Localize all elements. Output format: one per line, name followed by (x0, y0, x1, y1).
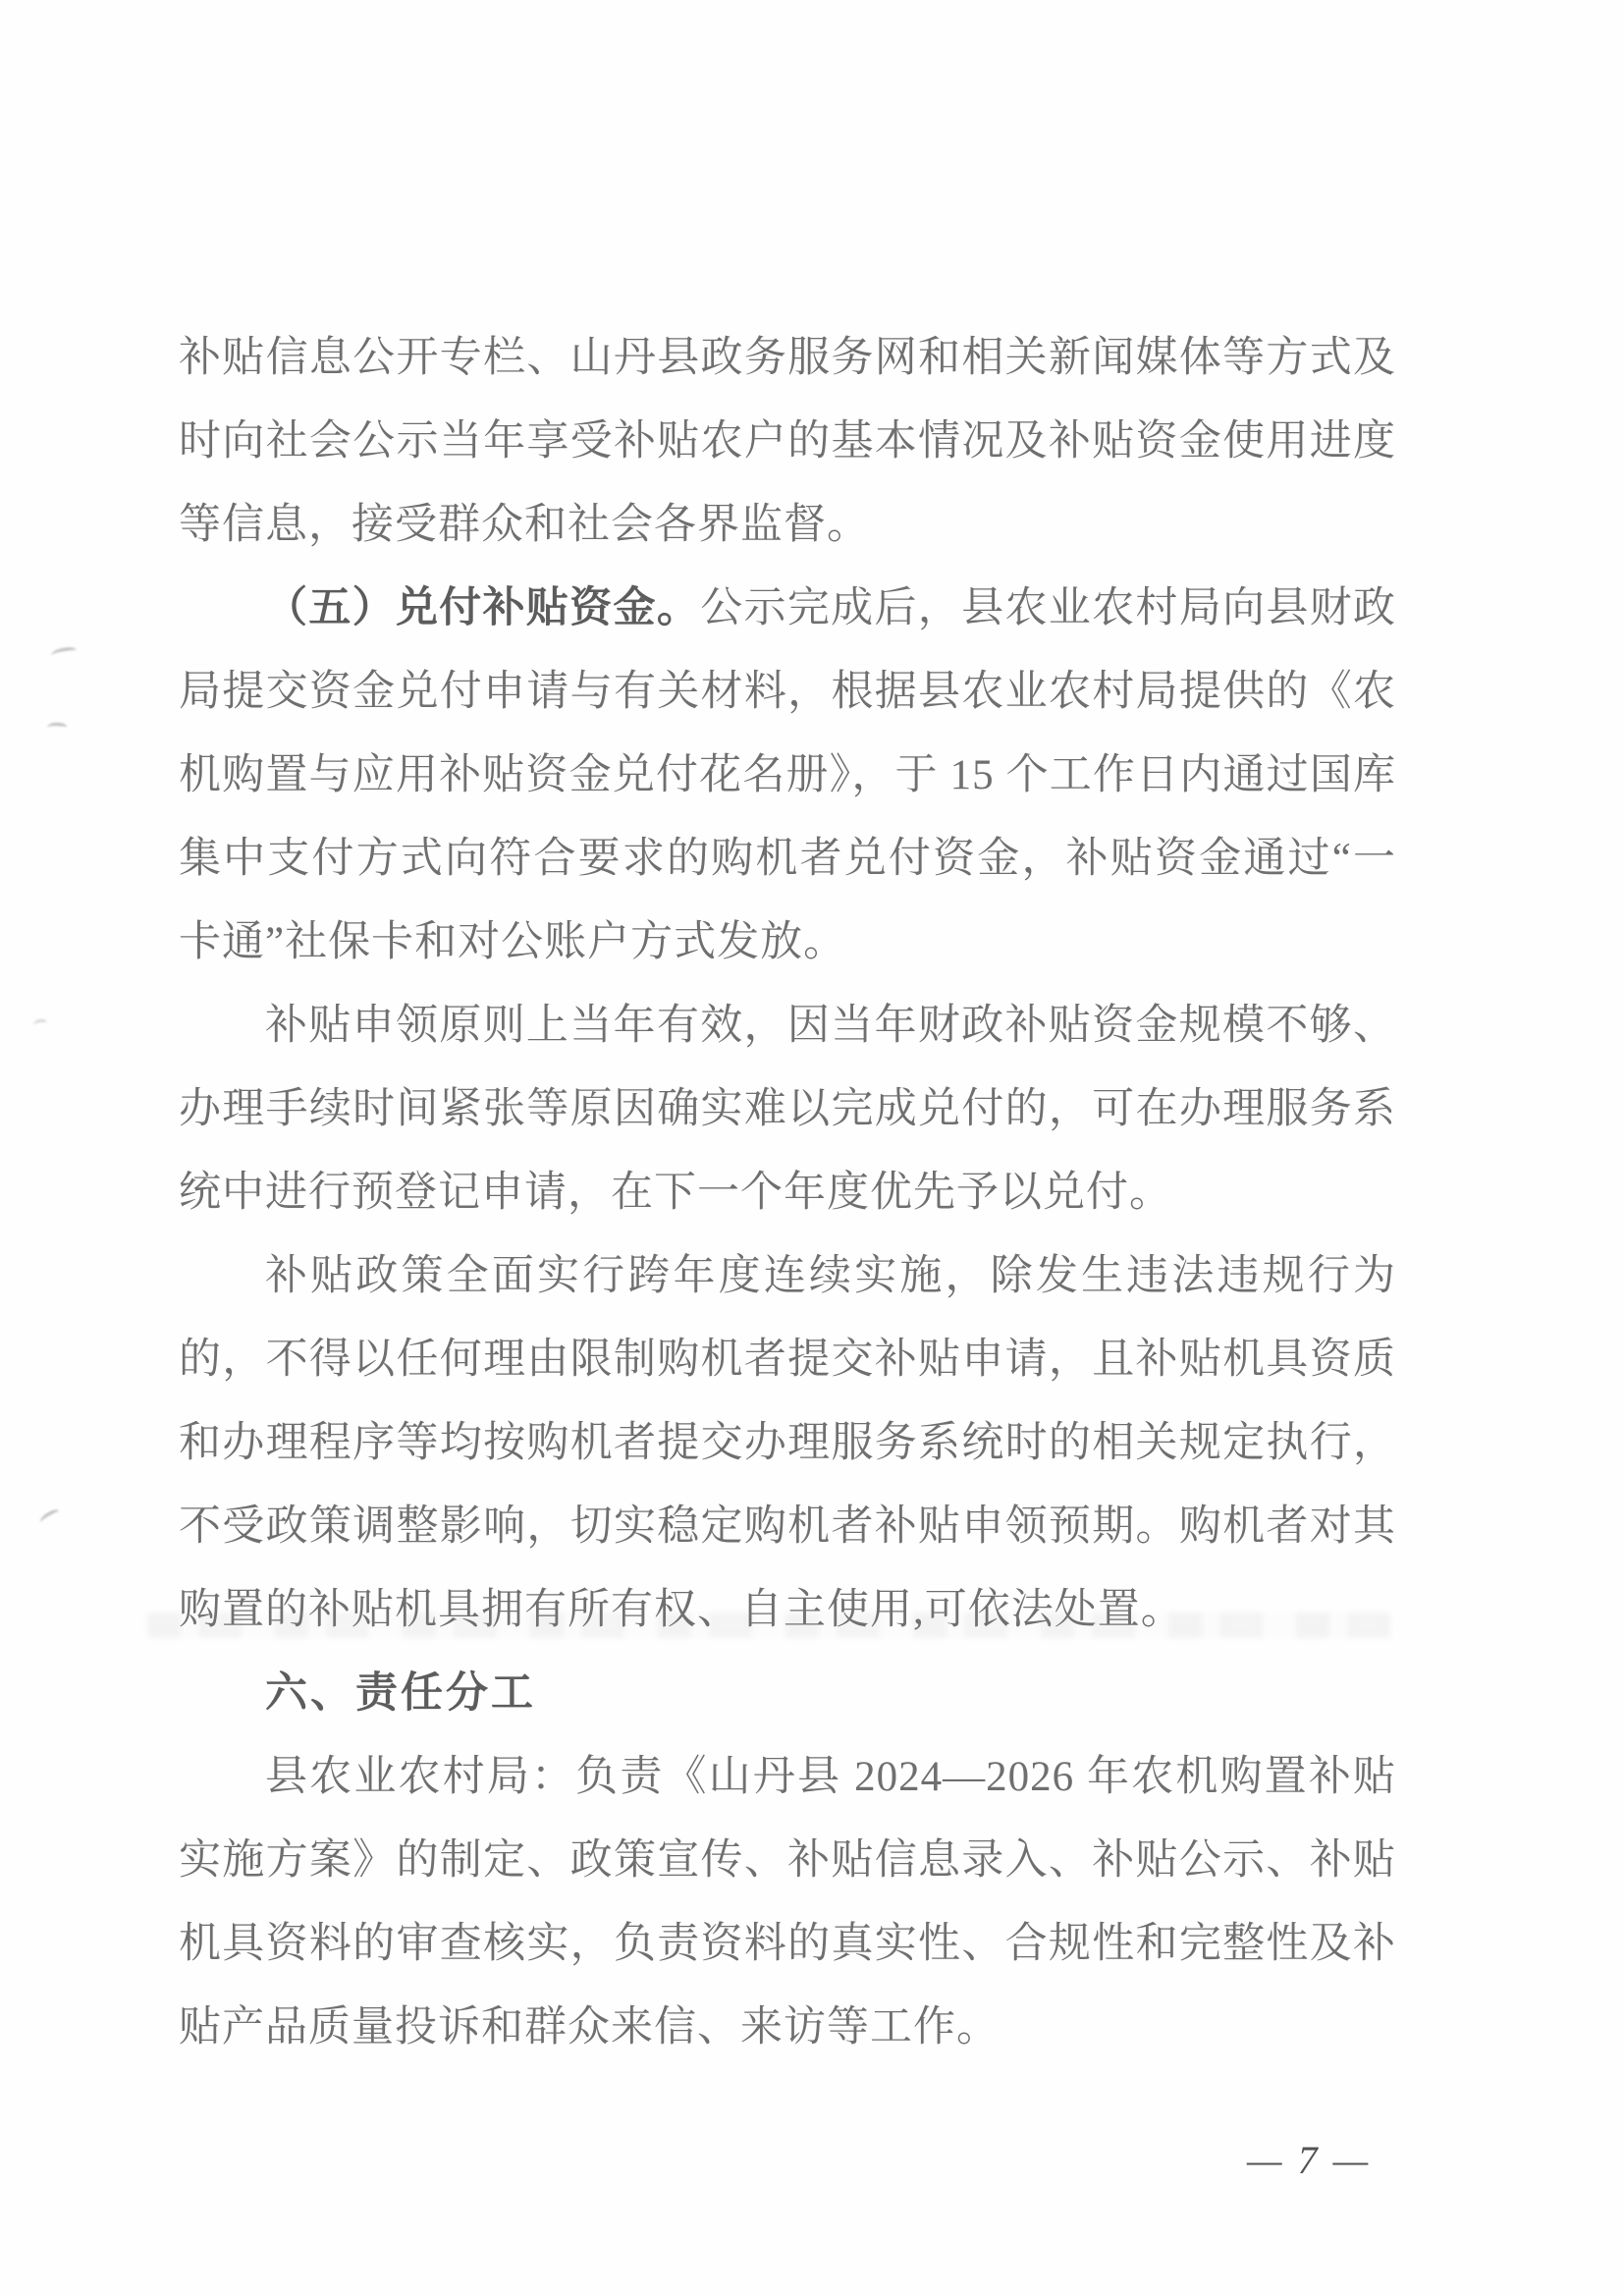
paragraph: 补贴信息公开专栏、山丹县政务服务网和相关新闻媒体等方式及时向社会公示当年享受补贴… (179, 316, 1396, 567)
paragraph: （五）兑付补贴资金。公示完成后，县农业农村局向县财政局提交资金兑付申请与有关材料… (179, 567, 1396, 984)
scan-artifact (33, 1019, 48, 1030)
scan-ghost-band (147, 1613, 1392, 1638)
scan-artifact (50, 646, 77, 660)
section-heading: 六、责任分工 (179, 1652, 1396, 1735)
document-body: 补贴信息公开专栏、山丹县政务服务网和相关新闻媒体等方式及时向社会公示当年享受补贴… (179, 316, 1396, 2069)
document-page: 补贴信息公开专栏、山丹县政务服务网和相关新闻媒体等方式及时向社会公示当年享受补贴… (0, 0, 1623, 2296)
paragraph: 补贴申领原则上当年有效，因当年财政补贴资金规模不够、办理手续时间紧张等原因确实难… (179, 984, 1396, 1234)
paragraph-body: 补贴信息公开专栏、山丹县政务服务网和相关新闻媒体等方式及时向社会公示当年享受补贴… (179, 335, 1396, 548)
paragraph-body: 公示完成后，县农业农村局向县财政局提交资金兑付申请与有关材料，根据县农业农村局提… (179, 585, 1396, 965)
section-heading-text: 六、责任分工 (265, 1670, 536, 1717)
scan-artifact (38, 1507, 62, 1526)
page-number: — 7 — (1247, 2131, 1414, 2190)
paragraph-body: 县农业农村局：负责《山丹县 2024—2026 年农机购置补贴实施方案》的制定、… (179, 1754, 1396, 2050)
paragraph: 补贴政策全面实行跨年度连续实施，除发生违法违规行为的，不得以任何理由限制购机者提… (179, 1234, 1396, 1652)
paragraph-body: 补贴申领原则上当年有效，因当年财政补贴资金规模不够、办理手续时间紧张等原因确实难… (179, 1003, 1396, 1216)
paragraph: 县农业农村局：负责《山丹县 2024—2026 年农机购置补贴实施方案》的制定、… (179, 1735, 1396, 2069)
scan-artifact (47, 722, 68, 733)
paragraph-lead: （五）兑付补贴资金。 (265, 585, 700, 631)
paragraph-body: 补贴政策全面实行跨年度连续实施，除发生违法违规行为的，不得以任何理由限制购机者提… (179, 1253, 1396, 1633)
